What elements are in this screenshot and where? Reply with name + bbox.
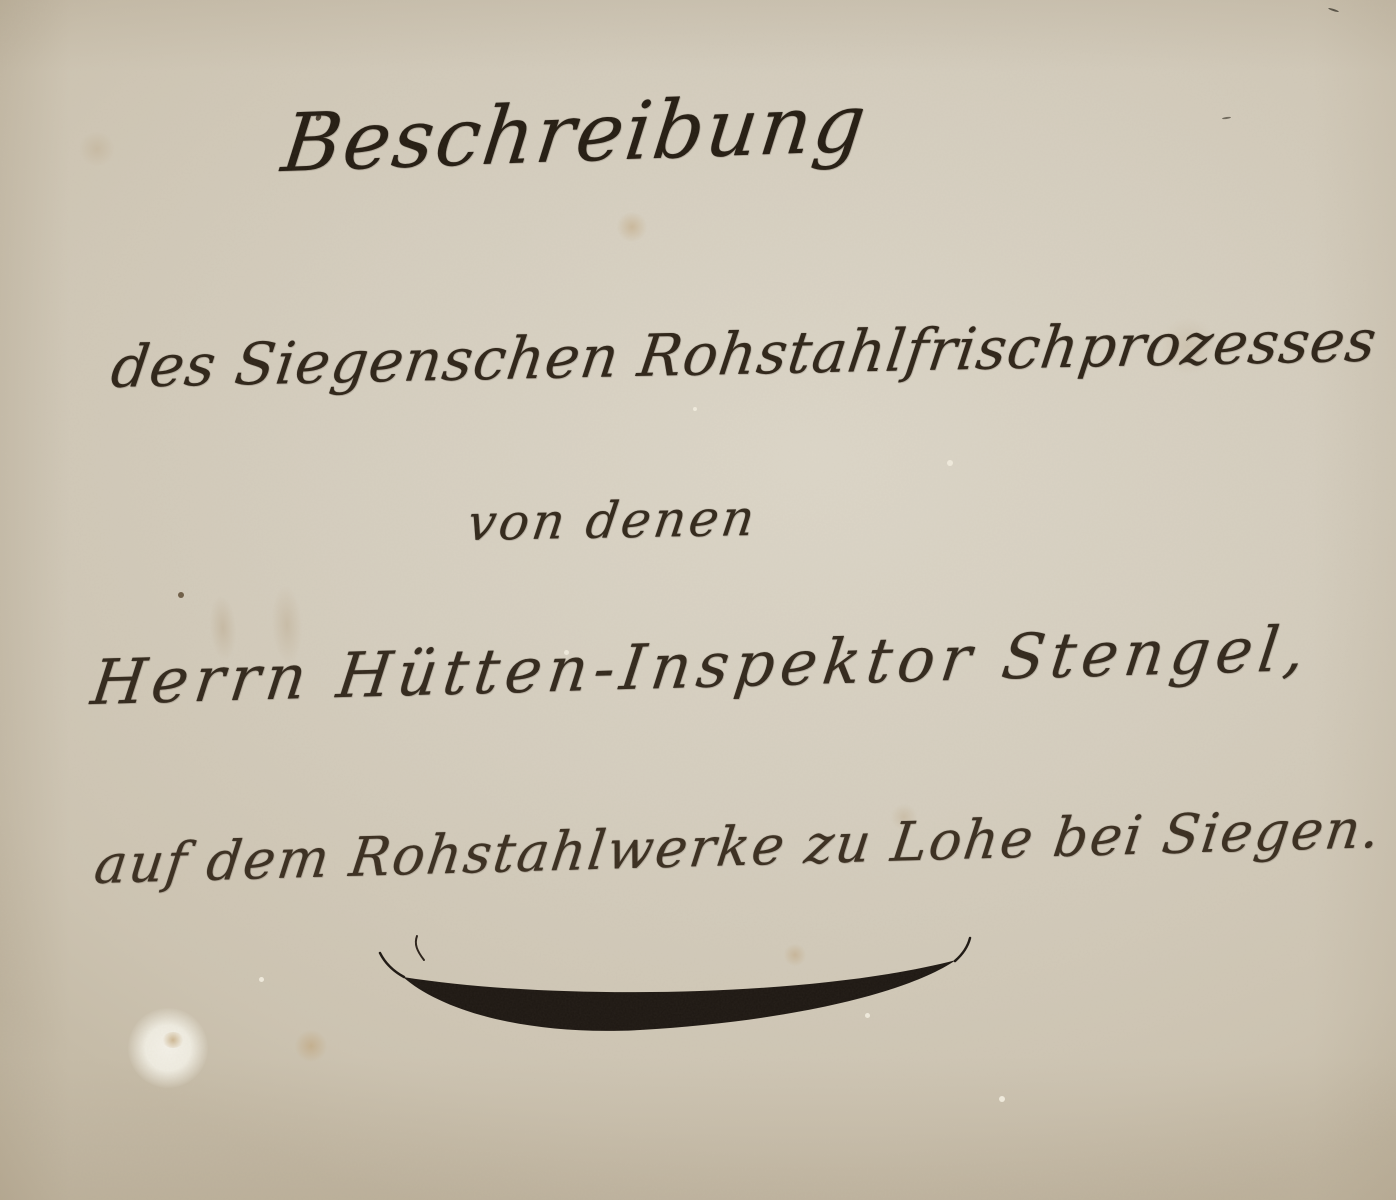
handwritten-subtitle: des Siegenschen Rohstahlfrischprozesses <box>108 311 1381 396</box>
paper-fiber <box>1328 7 1339 12</box>
underline-flourish <box>403 960 956 1031</box>
paper-fleck <box>947 460 953 466</box>
handwritten-location-line: auf dem Rohstahlwerke zu Lohe bei Siegen… <box>91 802 1384 892</box>
flourish-left-tip <box>380 953 404 977</box>
handwritten-byline: von denen <box>464 493 760 548</box>
white-spot-center <box>162 1032 184 1048</box>
handwritten-author-line: Herrn Hütten-Inspektor Stengel, <box>88 618 1314 714</box>
foxing-spot <box>294 1030 328 1062</box>
white-paper-spot <box>128 1008 208 1088</box>
foxing-spot <box>783 944 807 966</box>
paper-fiber <box>1222 116 1231 119</box>
paper-fleck <box>259 977 264 982</box>
ink-flourish-overlay <box>0 0 1396 1200</box>
handwritten-title: Beschreibung <box>278 83 872 184</box>
paper-fleck <box>865 1013 870 1018</box>
foxing-spot <box>616 212 648 242</box>
flourish-stray-hook <box>416 936 424 960</box>
flourish-right-tip <box>955 938 970 961</box>
paper-grain <box>0 0 1396 1200</box>
ink-speck <box>178 592 184 598</box>
manuscript-page: Beschreibung des Siegenschen Rohstahlfri… <box>0 0 1396 1200</box>
foxing-spot <box>78 132 116 166</box>
paper-fleck <box>999 1096 1005 1102</box>
paper-fleck <box>693 407 697 411</box>
